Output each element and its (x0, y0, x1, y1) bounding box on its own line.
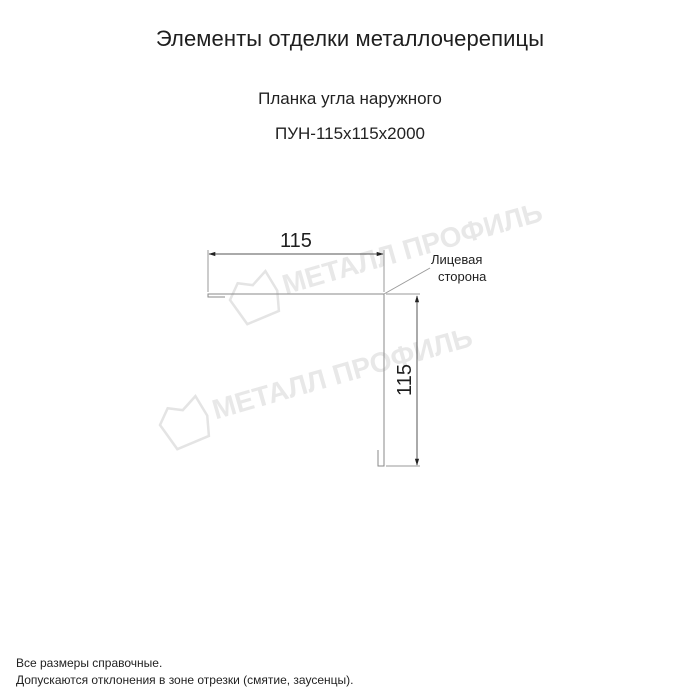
face-side-label-line1: Лицевая (431, 252, 482, 267)
horizontal-dimension-label: 115 (280, 230, 312, 252)
svg-text:МЕТАЛЛ ПРОФИЛЬ: МЕТАЛЛ ПРОФИЛЬ (279, 196, 546, 300)
face-side-label-line2: сторона (438, 269, 487, 284)
face-side-leader (384, 268, 430, 294)
note-reference-dimensions: Все размеры справочные. (16, 656, 162, 670)
profile-drawing: МЕТАЛЛ ПРОФИЛЬ МЕТАЛЛ ПРОФИЛЬ 115 115 Ли… (0, 0, 700, 700)
note-cut-deviations: Допускаются отклонения в зоне отрезки (с… (16, 673, 353, 687)
vertical-dimension-label: 115 (394, 364, 416, 396)
watermark-middle: МЕТАЛЛ ПРОФИЛЬ (155, 318, 479, 452)
watermark-top: МЕТАЛЛ ПРОФИЛЬ (225, 193, 549, 327)
svg-text:МЕТАЛЛ ПРОФИЛЬ: МЕТАЛЛ ПРОФИЛЬ (209, 321, 476, 425)
